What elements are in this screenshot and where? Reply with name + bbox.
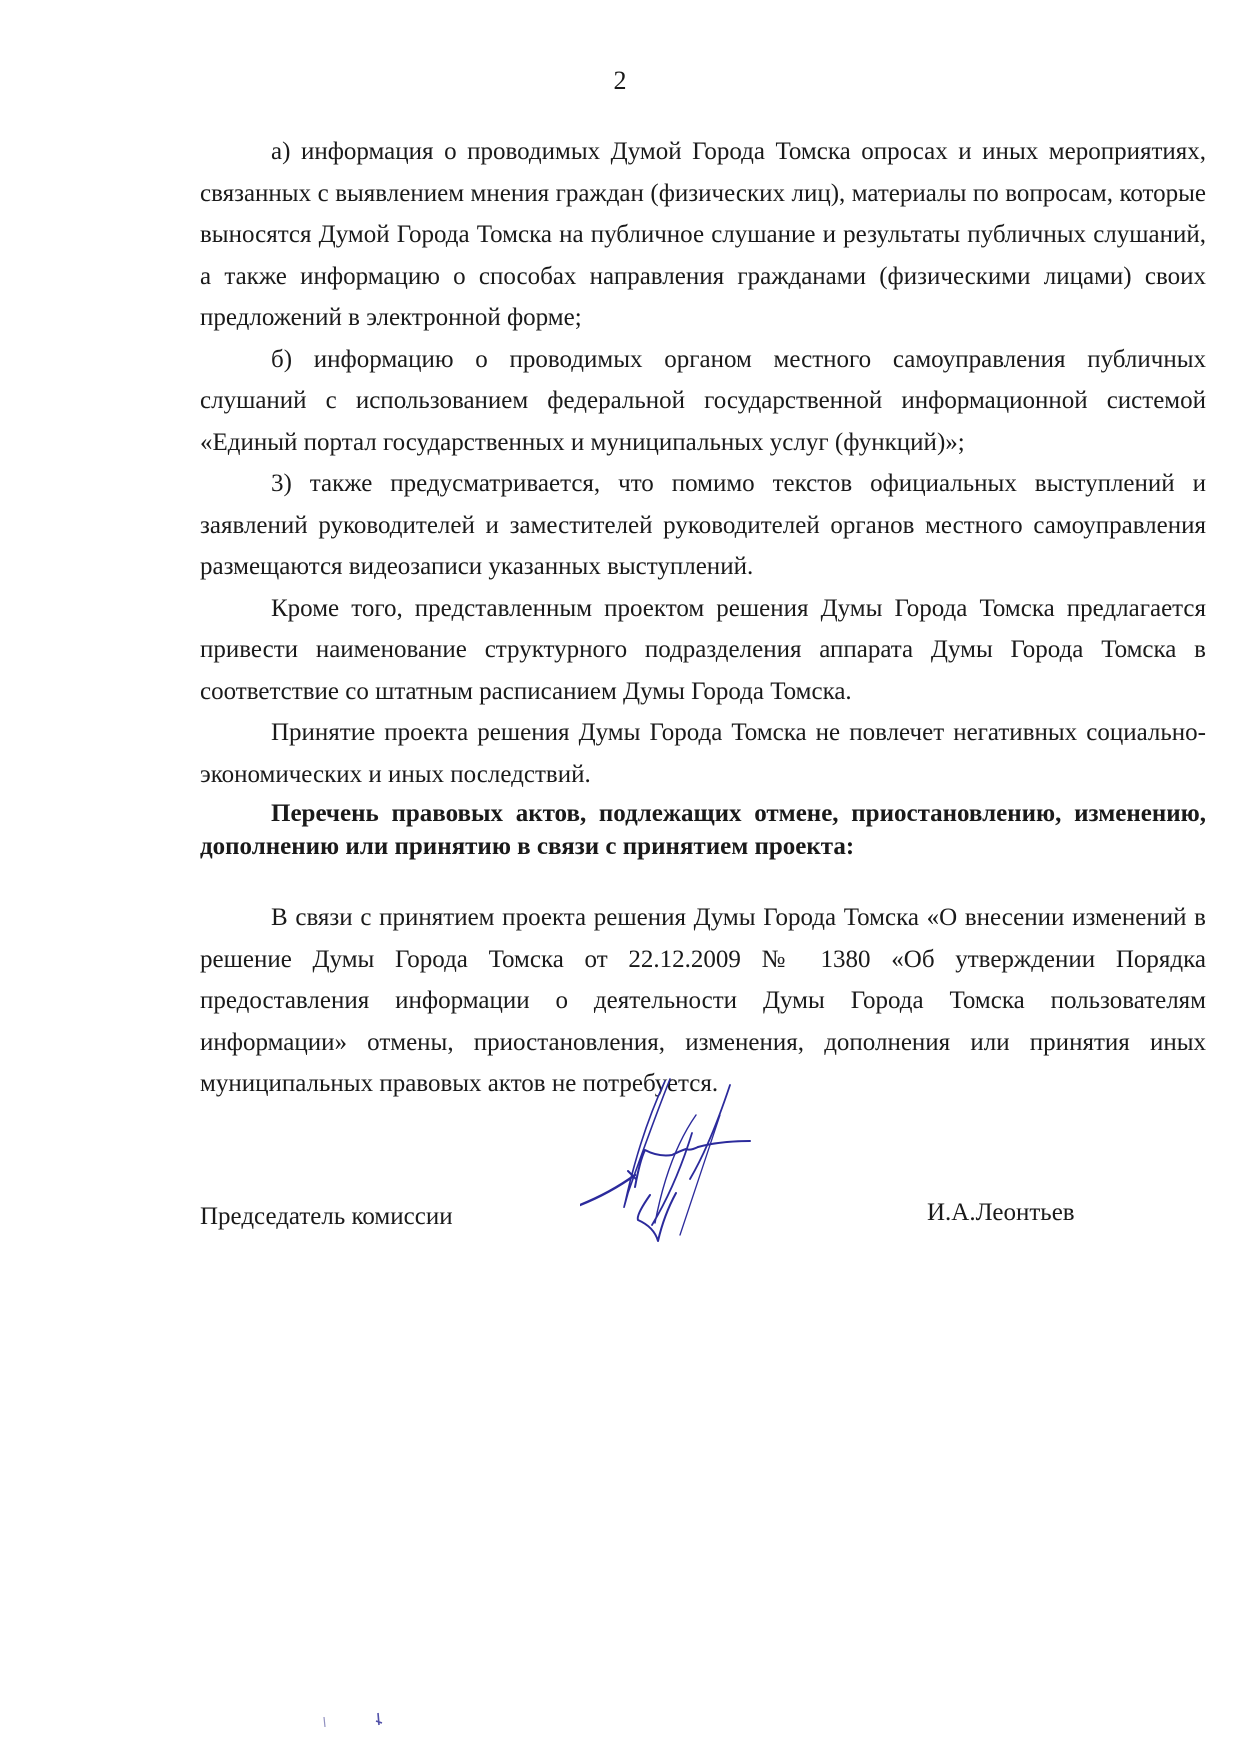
paragraph-item-a: а) информация о проводимых Думой Города … [200,131,1206,339]
signer-name: И.А.Леонтьев [927,1198,1075,1228]
page-number: 2 [0,66,1240,96]
paragraph-consequences: Принятие проекта решения Думы Города Том… [200,712,1206,795]
section-paragraph: В связи с принятием проекта решения Думы… [200,897,1206,1105]
scan-artifact-icon [300,1705,400,1735]
document-body: а) информация о проводимых Думой Города … [200,131,1206,1105]
signer-title: Председатель комиссии [200,1202,453,1232]
section-heading: Перечень правовых актов, подлежащих отме… [200,797,1206,863]
handwritten-signature-icon [580,1075,850,1275]
paragraph-item-3: 3) также предусматривается, что помимо т… [200,463,1206,588]
document-page: 2 а) информация о проводимых Думой Город… [0,0,1240,1753]
paragraph-structural-unit: Кроме того, представленным проектом реше… [200,588,1206,713]
paragraph-item-b: б) информацию о проводимых органом местн… [200,339,1206,464]
